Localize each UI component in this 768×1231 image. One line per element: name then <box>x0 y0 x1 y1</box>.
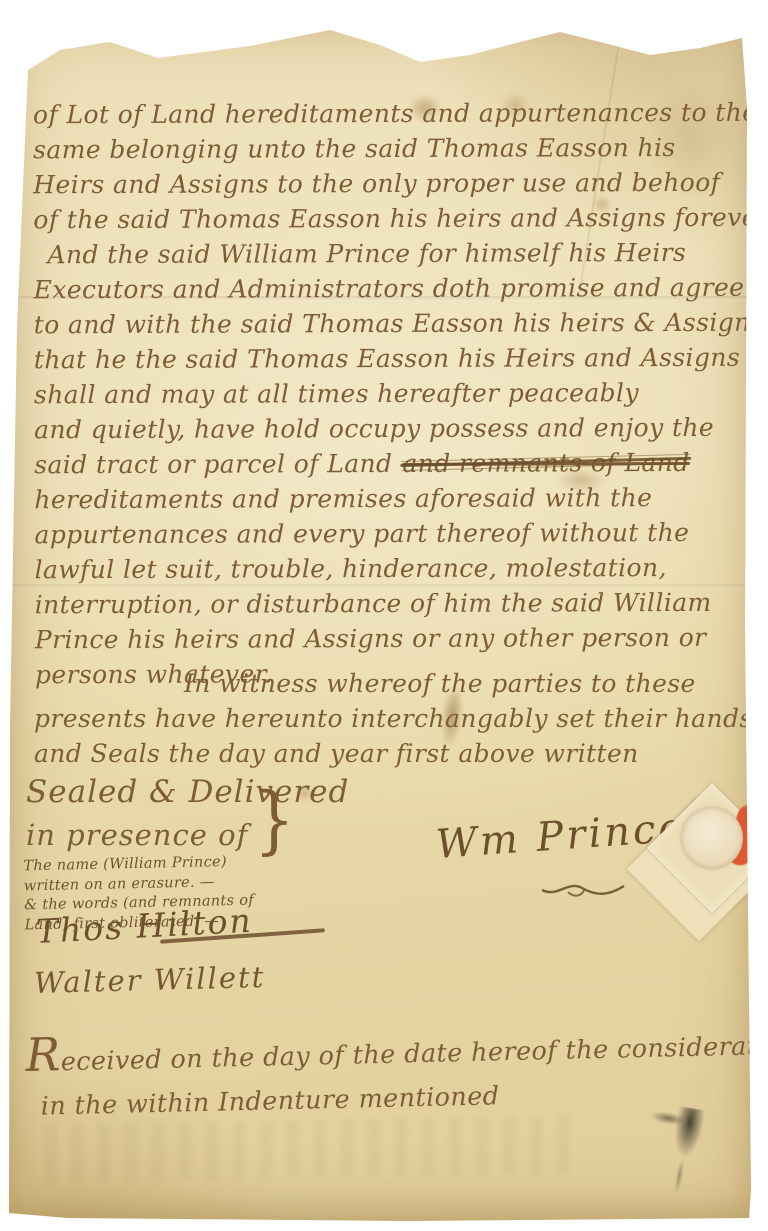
wax-seal-wafer <box>681 807 743 869</box>
deed-line: appurtenances and every part thereof wit… <box>34 515 742 552</box>
struck-out-text: and remnants of Land <box>402 448 689 478</box>
witness-clause-line: presents have hereunto interchangably se… <box>34 701 742 736</box>
receipt-line: in the within Indenture mentioned <box>26 1076 750 1122</box>
deed-body-text: of Lot of Land hereditaments and appurte… <box>33 95 743 692</box>
deed-line: that he the said Thomas Easson his Heirs… <box>34 340 742 377</box>
deed-line: Executors and Administrators doth promis… <box>34 270 742 307</box>
deed-line: same belonging unto the said Thomas Eass… <box>33 130 741 167</box>
receipt-note: Received on the day of the date hereof t… <box>25 1012 751 1122</box>
signature-flourish <box>538 878 628 900</box>
witness-clause-line: and Seals the day and year first above w… <box>34 736 742 771</box>
deed-line: shall and may at all times hereafter pea… <box>34 375 742 412</box>
show-through-ghost-text <box>44 1115 585 1182</box>
witness-clause: In witness whereof the parties to these … <box>34 666 742 771</box>
deed-line: And the said William Prince for himself … <box>33 235 741 272</box>
deed-line: of Lot of Land hereditaments and appurte… <box>33 95 741 132</box>
deed-line: hereditaments and premises aforesaid wit… <box>34 480 742 517</box>
deed-line: of the said Thomas Easson his heirs and … <box>33 200 741 237</box>
deed-line: Prince his heirs and Assigns or any othe… <box>35 620 743 657</box>
witness-clause-line: In witness whereof the parties to these <box>34 666 742 701</box>
deed-line-with-strikethrough: said tract or parcel of Landand remnants… <box>34 445 742 482</box>
signature-witness-2: Walter Willett <box>34 960 266 1000</box>
deed-line: to and with the said Thomas Easson his h… <box>34 305 742 342</box>
deed-line: Heirs and Assigns to the only proper use… <box>33 165 741 202</box>
ink-smudge <box>670 1106 706 1160</box>
deed-line-text: said tract or parcel of Land <box>34 449 392 479</box>
deed-line: and quietly, have hold occupy possess an… <box>34 410 742 447</box>
sealed-delivered-text: Sealed & Delivered <box>26 774 349 810</box>
deed-line: interruption, or disturbance of him the … <box>35 585 743 622</box>
in-presence-of-text: in presence of <box>26 818 248 852</box>
deed-line: lawful let suit, trouble, hinderance, mo… <box>35 550 743 587</box>
receipt-line: Received on the day of the date hereof t… <box>25 1012 750 1082</box>
paper-sheet: of Lot of Land hereditaments and appurte… <box>8 28 752 1222</box>
